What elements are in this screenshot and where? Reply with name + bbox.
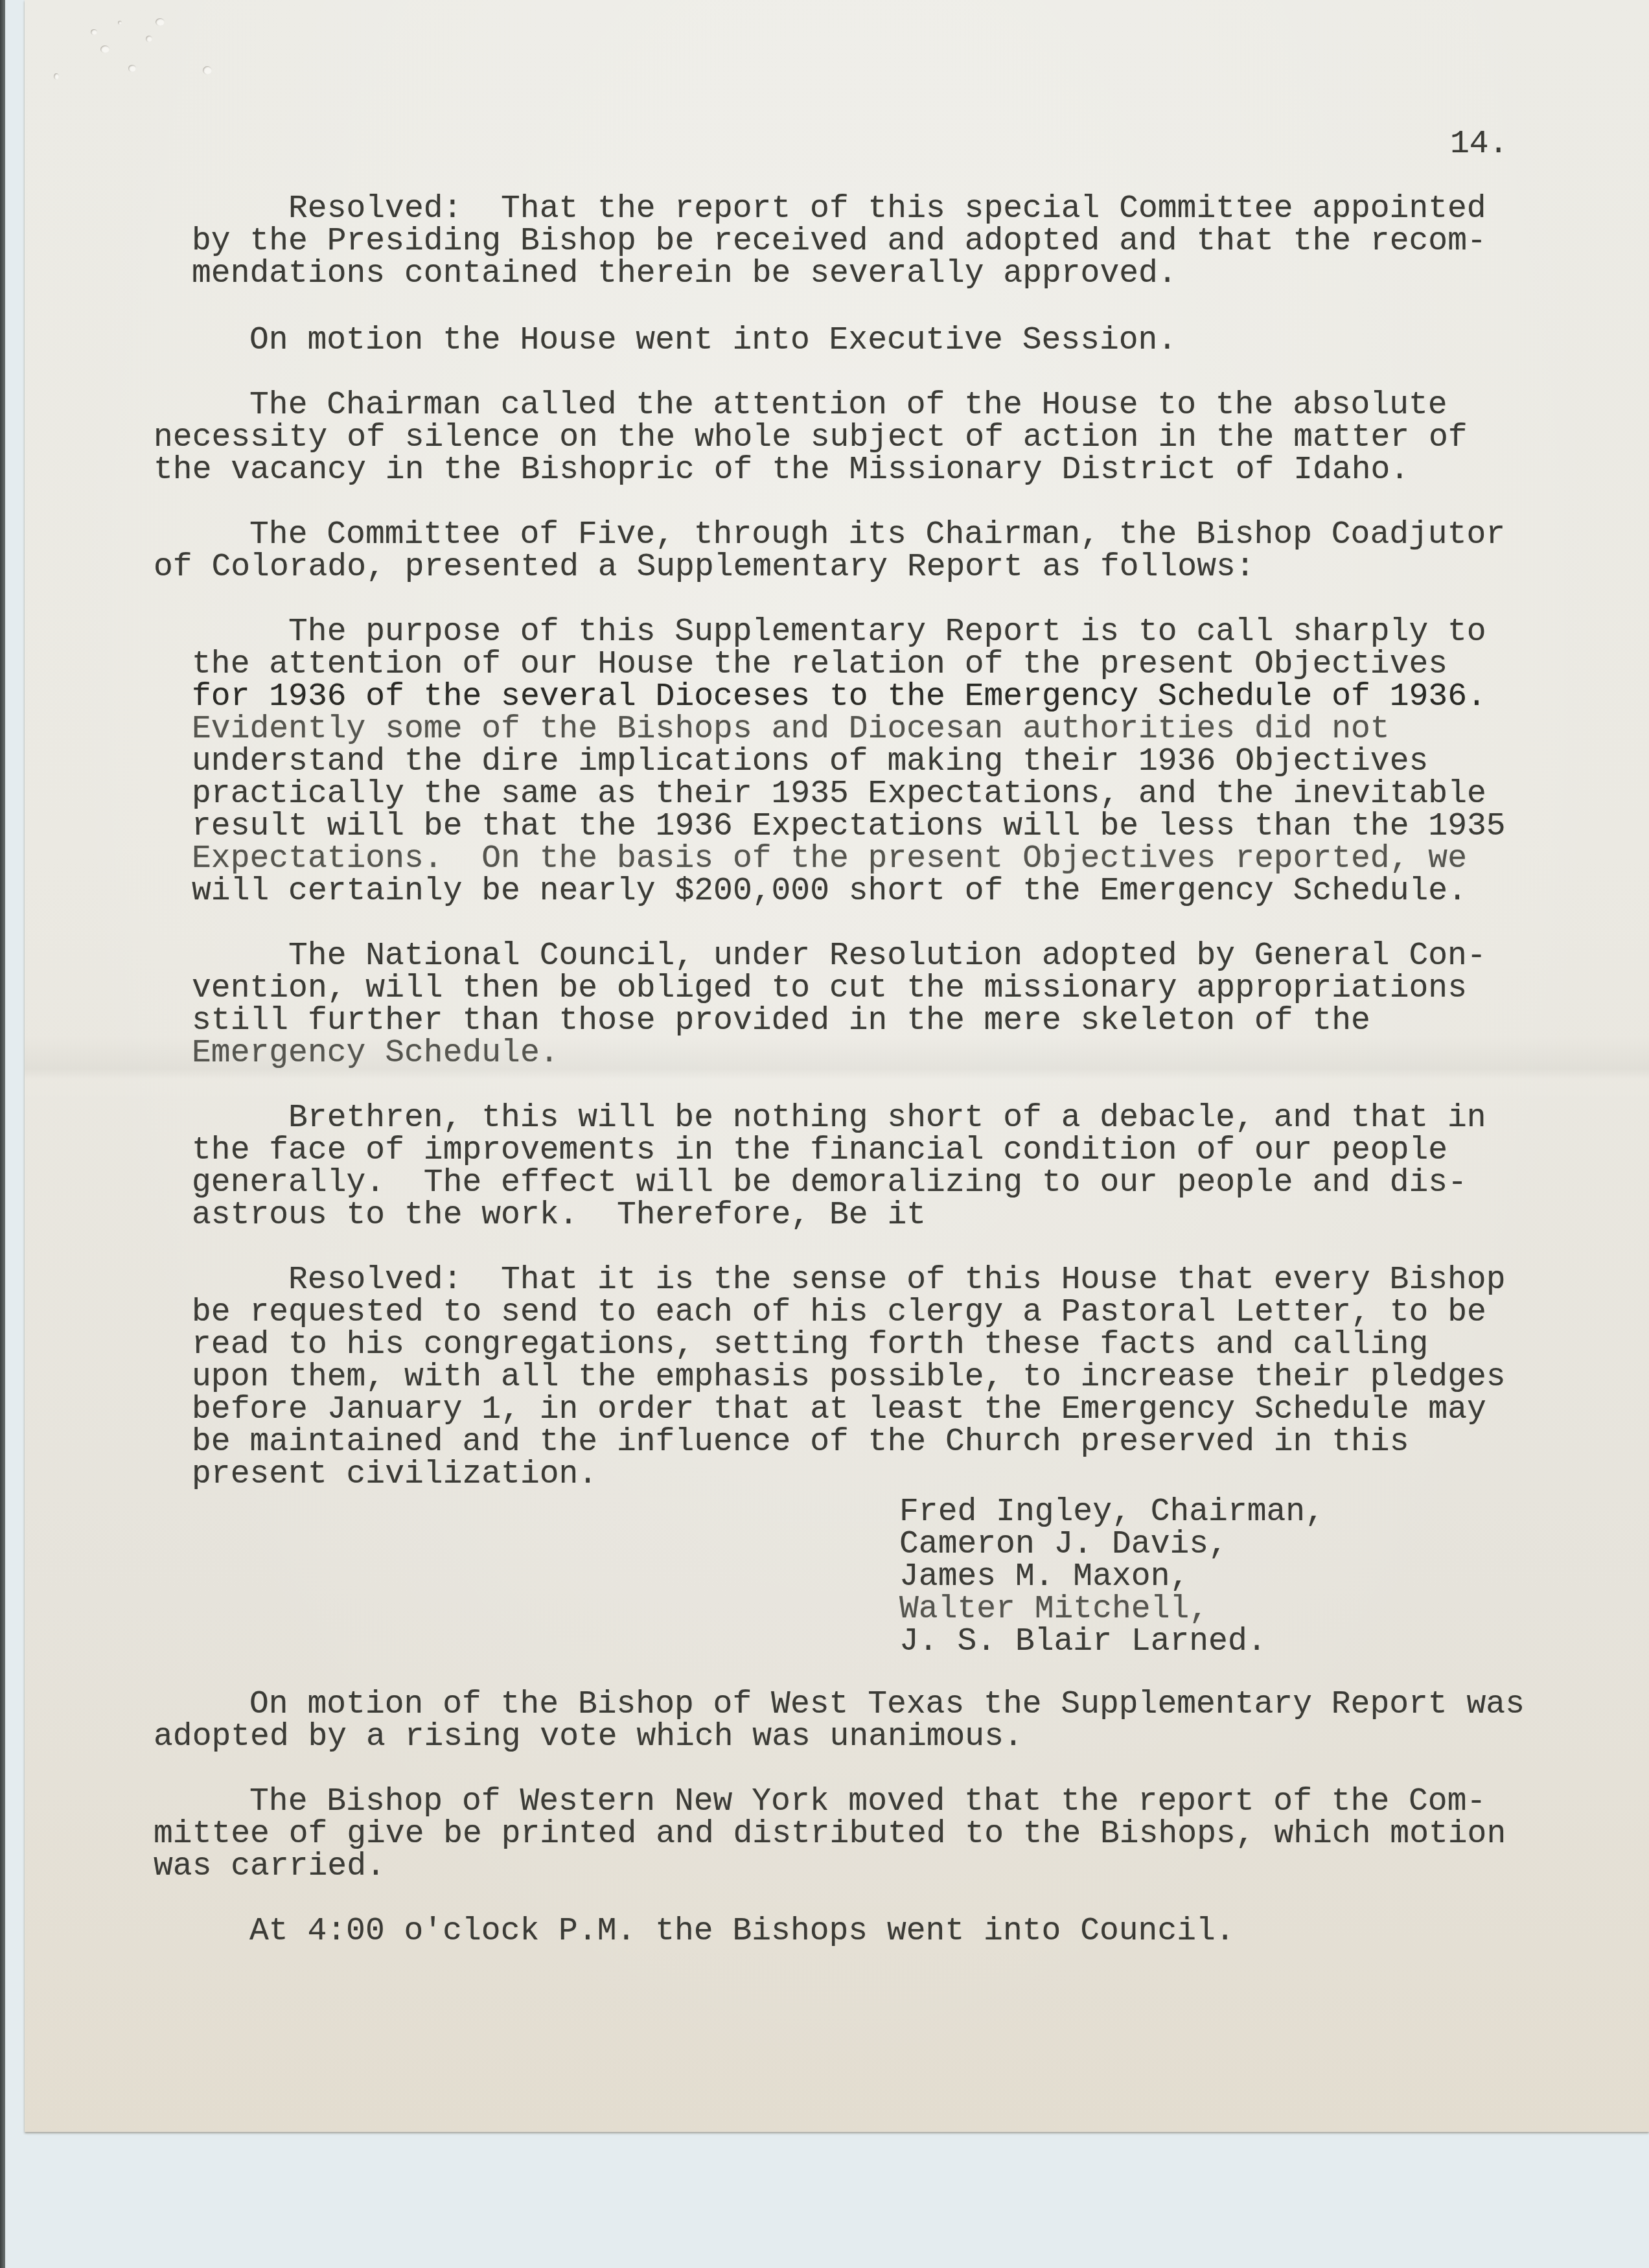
text-line: result will be that the 1936 Expectation…: [192, 810, 1506, 842]
text-line: mittee of give be printed and distribute…: [154, 1818, 1506, 1850]
text-line: by the Presiding Bishop be received and …: [192, 225, 1486, 257]
staple-hole-mark: [118, 21, 122, 25]
text-line: Brethren, this will be nothing short of …: [288, 1102, 1486, 1134]
text-line: adopted by a rising vote which was unani…: [154, 1720, 1023, 1753]
text-line: still further than those provided in the…: [192, 1004, 1370, 1037]
scanner-edge: [0, 0, 5, 2268]
staple-hole-mark: [156, 18, 165, 26]
text-line: On motion the House went into Executive …: [249, 324, 1177, 356]
text-line: read to his congregations, setting forth…: [192, 1328, 1428, 1361]
text-line: astrous to the work. Therefore, Be it: [192, 1199, 926, 1231]
signature-line: J. S. Blair Larned.: [899, 1625, 1267, 1658]
staple-hole-mark: [91, 29, 97, 35]
text-line: understand the dire implications of maki…: [192, 745, 1428, 778]
text-line: On motion of the Bishop of West Texas th…: [249, 1688, 1525, 1720]
text-line: will certainly be nearly $200,000 short …: [192, 875, 1467, 907]
text-line: for 1936 of the several Dioceses to the …: [192, 680, 1486, 713]
text-line: was carried.: [154, 1850, 386, 1882]
staple-hole-mark: [54, 73, 59, 80]
text-line: generally. The effect will be demoralizi…: [192, 1166, 1467, 1199]
signature-line: Walter Mitchell,: [899, 1593, 1208, 1625]
text-line: upon them, with all the emphasis possibl…: [192, 1361, 1506, 1393]
text-line: be requested to send to each of his cler…: [192, 1296, 1486, 1328]
staple-hole-mark: [100, 45, 110, 53]
text-line: At 4:00 o'clock P.M. the Bishops went in…: [249, 1915, 1235, 1947]
staple-hole-mark: [203, 66, 212, 75]
text-line: the vacancy in the Bishopric of the Miss…: [154, 454, 1409, 486]
signature-line: Cameron J. Davis,: [899, 1528, 1228, 1560]
text-line: Resolved: That the report of this specia…: [288, 192, 1486, 225]
text-line: Emergency Schedule.: [192, 1037, 559, 1069]
text-line: before January 1, in order that at least…: [192, 1393, 1486, 1426]
signature-line: James M. Maxon,: [899, 1560, 1189, 1593]
text-line: of Colorado, presented a Supplementary R…: [154, 551, 1255, 583]
text-line: practically the same as their 1935 Expec…: [192, 778, 1486, 810]
text-line: Evidently some of the Bishops and Dioces…: [192, 713, 1390, 745]
text-line: The Committee of Five, through its Chair…: [249, 518, 1505, 551]
staple-hole-mark: [128, 65, 136, 72]
page-number: 14.: [1450, 128, 1508, 160]
text-line: Resolved: That it is the sense of this H…: [288, 1264, 1506, 1296]
text-line: The National Council, under Resolution a…: [288, 940, 1486, 972]
text-line: The Chairman called the attention of the…: [249, 389, 1447, 421]
text-line: the attention of our House the relation …: [192, 648, 1447, 680]
text-line: Expectations. On the basis of the presen…: [192, 842, 1467, 875]
signature-line: Fred Ingley, Chairman,: [899, 1496, 1324, 1528]
text-line: the face of improvements in the financia…: [192, 1134, 1447, 1166]
text-line: The Bishop of Western New York moved tha…: [249, 1785, 1486, 1818]
staple-hole-mark: [146, 36, 152, 42]
text-line: vention, will then be obliged to cut the…: [192, 972, 1467, 1004]
text-line: The purpose of this Supplementary Report…: [288, 616, 1486, 648]
text-line: present civilization.: [192, 1458, 597, 1490]
text-line: mendations contained therein be severall…: [192, 257, 1177, 290]
text-line: be maintained and the influence of the C…: [192, 1426, 1409, 1458]
text-line: necessity of silence on the whole subjec…: [154, 421, 1468, 454]
